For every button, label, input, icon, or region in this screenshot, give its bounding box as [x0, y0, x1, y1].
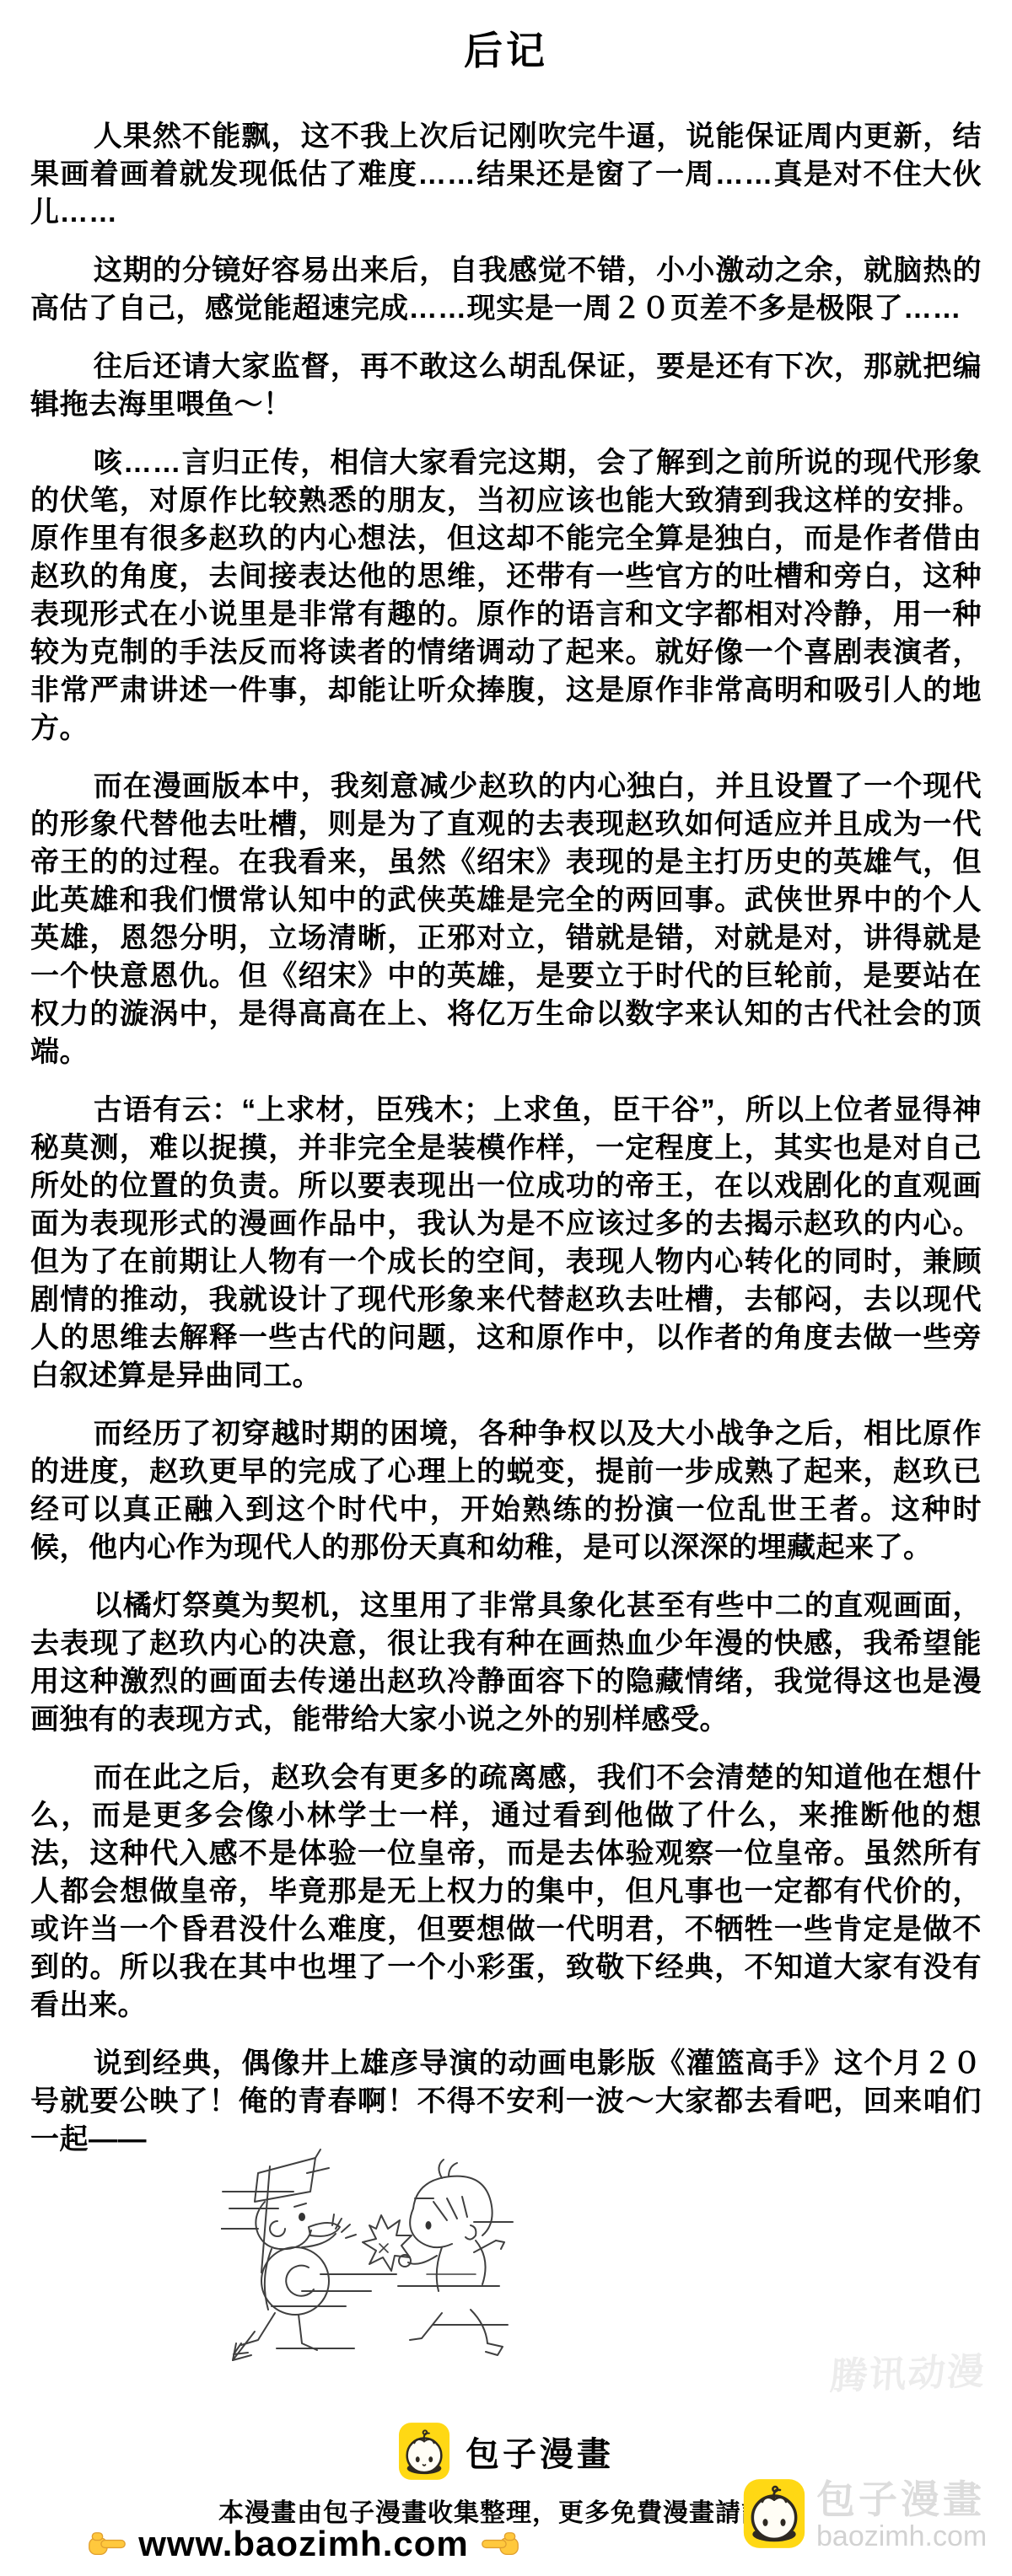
paragraph: 而在此之后，赵玖会有更多的疏离感，我们不会清楚的知道他在想什么，而是更多会像小林…	[30, 1759, 982, 2025]
pointing-right-hand-icon	[88, 2530, 126, 2558]
page-title: 后记	[30, 20, 982, 76]
doodle-illustration	[221, 2148, 516, 2375]
baozi-logo-icon	[742, 2478, 806, 2549]
corner-brand-name: 包子漫畫	[816, 2478, 987, 2520]
paragraph: 人果然不能飘，这不我上次后记刚吹完牛逼，说能保证周内更新，结果画着画着就发现低估…	[30, 118, 982, 232]
corner-baozi-watermark: 包子漫畫 baozimh.com	[742, 2478, 987, 2552]
pointing-left-hand-icon	[481, 2530, 519, 2558]
paragraph: 这期的分镜好容易出来后，自我感觉不错，小小激动之余，就脑热的高估了自己，感觉能超…	[30, 252, 982, 328]
afterword-page: 后记 人果然不能飘，这不我上次后记刚吹完牛逼，说能保证周内更新，结果画着画着就发…	[0, 0, 1012, 2576]
baozi-brand-lockup: 包子漫畫	[0, 2421, 1012, 2482]
paragraph: 咳……言归正传，相信大家看完这期，会了解到之前所说的现代形象的伏笔，对原作比较熟…	[30, 444, 982, 748]
paragraph: 以橘灯祭奠为契机，这里用了非常具象化甚至有些中二的直观画面，去表现了赵玖内心的决…	[30, 1587, 982, 1739]
afterword-text-column: 后记 人果然不能飘，这不我上次后记刚吹完牛逼，说能保证周内更新，结果画着画着就发…	[0, 0, 1012, 2159]
paragraph: 而经历了初穿越时期的困境，各种争权以及大小战争之后，相比原作的进度，赵玖更早的完…	[30, 1415, 982, 1567]
paragraph: 而在漫画版本中，我刻意减少赵玖的内心独白，并且设置了一个现代的形象代替他去吐槽，…	[30, 768, 982, 1071]
site-url[interactable]: www.baozimh.com	[138, 2524, 468, 2564]
footer-url-row: www.baozimh.com	[0, 2524, 607, 2564]
baozi-logo-icon	[398, 2421, 450, 2482]
paragraph: 往后还请大家监督，再不敢这么胡乱保证，要是还有下次，那就把编辑拖去海里喂鱼～！	[30, 348, 982, 424]
corner-site-url: baozimh.com	[816, 2520, 987, 2552]
corner-watermark-text: 包子漫畫 baozimh.com	[816, 2478, 987, 2552]
baozi-brand-name: 包子漫畫	[466, 2428, 614, 2476]
paragraph: 古语有云：“上求材，臣残木；上求鱼，臣干谷”，所以上位者显得神秘莫测，难以捉摸，…	[30, 1092, 982, 1395]
paragraph: 说到经典，偶像井上雄彦导演的动画电影版《灌篮高手》这个月２０号就要公映了！俺的青…	[30, 2045, 982, 2159]
tencent-comics-watermark: 腾讯动漫	[828, 2341, 988, 2400]
